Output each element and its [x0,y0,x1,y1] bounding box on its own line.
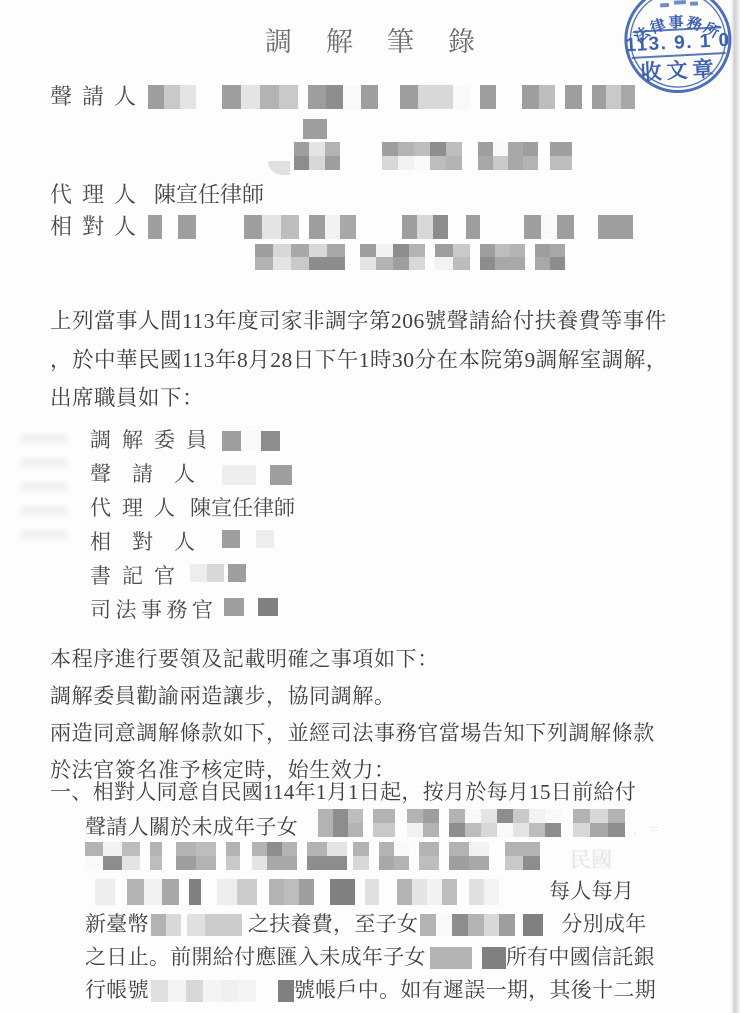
redaction-block [550,142,572,170]
redaction-block [480,85,496,109]
redaction-block [449,809,561,837]
agent-row: 代理人陳宣任律師 [50,182,635,214]
redaction-block [256,530,274,548]
procedure-line: 兩造同意調解條款如下，並經司法事務官當場告知下列調解條款 [50,715,655,752]
redaction-block [244,215,299,239]
redaction-block [85,842,140,870]
attendee-label: 司法事務官 [90,596,218,624]
redaction-block [466,215,480,239]
respondent-row-2 [50,244,635,272]
redaction-block [435,244,470,270]
clause-line-1: 一、相對人同意自民國114年1月1日起，按月於每月15日前給付 [50,776,662,809]
attendee-value: 陳宣任律師 [190,496,295,520]
procedure-line: 調解委員勸諭兩造讓步，協同調解。 [50,678,655,715]
respondent-row: 相對人 [50,214,635,244]
redaction-block [400,85,470,109]
applicant-label: 聲請人 [50,84,146,110]
redaction-block [228,564,246,582]
attendee-row-clerk: 書記官 [90,562,295,596]
redaction-block [469,879,499,905]
page-scan-edge [731,0,740,1013]
redaction-block [505,842,540,870]
redaction-block [598,215,633,239]
case-intro-line: 出席職員如下： [50,379,668,418]
clause-line-5: 新臺幣之扶養費，至子女分別成年 [50,908,662,941]
faded-text-fragment: 民國 [570,848,613,872]
redaction-block [222,465,256,485]
redaction-block [148,85,196,109]
redaction-block [482,947,506,969]
attendee-row-agent: 代理人陳宣任律師 [90,494,295,528]
redaction-block [397,879,457,905]
redaction-block [522,85,555,109]
redaction-block [308,85,378,109]
attendee-label: 代理人 [90,494,186,522]
agent-label: 代理人 [50,182,146,208]
attendee-label: 調解委員 [90,426,218,454]
redaction-block [151,914,181,936]
attendees-list: 調解委員 聲請人 代理人陳宣任律師 相對人 書記官 司法事務官 [90,426,295,630]
redaction-block [373,809,395,837]
redaction-block [178,215,196,239]
redaction-block [365,879,379,905]
document-title: 調解筆錄 [0,20,740,59]
redaction-block [224,598,244,616]
redaction-block [294,142,340,170]
redaction-block [270,465,292,485]
clause-line-6-a: 之日止。前開給付應匯入未成年子女 [50,945,426,969]
clause-1: 一、相對人同意自民國114年1月1日起，按月於每月15日前給付 聲請人關於未成年… [50,776,662,1007]
redaction-block [222,431,280,451]
redaction-block [151,980,256,1002]
redaction-block [360,244,425,270]
redaction-block [187,914,242,936]
applicant-row-2 [50,116,635,142]
case-intro-paragraph: 上列當事人間113年度司家非調字第206號聲請給付扶養費等事件 ，於中華民國11… [50,302,668,418]
redaction-block [217,879,257,905]
applicant-row-3 [50,142,635,182]
redaction-block [269,879,314,905]
clause-line-7-a: 行帳號 [50,978,149,1002]
attendee-label: 相對人 [90,528,216,556]
redaction-block [449,842,489,870]
redaction-block [524,215,574,239]
redaction-block [150,842,162,870]
redaction-fragment [268,161,290,175]
clause-line-5-a: 新臺幣 [85,912,149,936]
mediation-record-document: 法律事務所 113. 9. 1 0 收文章 調解筆錄 聲請人 代理人陳宣任律師 … [0,0,740,1013]
redaction-block [330,879,355,905]
redaction-block [255,244,345,270]
redaction-block [565,85,582,109]
redaction-block [318,809,363,837]
stamp-top-fragment [660,0,698,7]
applicant-row: 聲請人 [50,84,635,116]
clause-line-2-text: 聲請人關於未成年子女 [85,815,298,839]
redaction-block [573,809,625,837]
clause-line-4-tail: 每人每月 [549,879,634,903]
case-intro-line: 上列當事人間113年度司家非調字第206號聲請給付扶養費等事件 [50,302,668,341]
respondent-label: 相對人 [50,214,146,240]
redaction-block [148,215,162,239]
redaction-block [407,809,439,837]
stamp-receipt-label: 收文章 [640,56,719,84]
redaction-block [278,980,294,1002]
redaction-block [379,842,409,870]
redaction-block [523,914,543,936]
clause-line-5-b: 之扶養費，至子女 [248,912,418,936]
redaction-block [592,85,635,109]
attendee-label: 聲請人 [90,460,216,488]
redaction-block [382,142,462,170]
redaction-block [258,598,278,616]
attendee-row-respondent: 相對人 [90,528,295,562]
clause-line-3: 民國 [50,842,662,875]
faded-text-fragment: ．＝ [633,823,662,838]
redaction-block [252,842,297,870]
case-intro-line: ，於中華民國113年8月28日下午1時30分在本院第9調解室調解， [50,341,668,380]
procedure-paragraph: 本程序進行要領及記載明確之事項如下： 調解委員勸諭兩造讓步，協同調解。 兩造同意… [50,641,655,789]
clause-line-5-c: 分別成年 [561,912,646,936]
clause-line-6: 之日止。前開給付應匯入未成年子女所有中國信託銀 [50,941,662,974]
redaction-block [480,244,525,270]
redaction-block [189,879,201,905]
redaction-block [222,530,240,548]
redaction-block [419,842,439,870]
redaction-block [190,564,224,582]
redaction-block [535,244,565,270]
redaction-block [402,215,448,239]
clause-line-2: 聲請人關於未成年子女．＝ [50,809,662,842]
attendee-label: 書記官 [90,562,186,590]
redaction-block [353,842,369,870]
redaction-block [307,842,347,870]
clause-line-7-b: 號帳戶中。如有遲誤一期，其後十二期 [294,978,656,1002]
redaction-block [127,879,179,905]
redaction-block [222,85,298,109]
redaction-block [226,842,240,870]
redaction-block [420,914,515,936]
attendee-row-applicant: 聲請人 [90,460,295,494]
party-section: 聲請人 代理人陳宣任律師 相對人 [50,84,635,272]
redaction-block [95,879,115,905]
procedure-line: 本程序進行要領及記載明確之事項如下： [50,641,655,678]
redaction-block [176,842,216,870]
redaction-block [430,947,472,969]
attendee-row-judicial-officer: 司法事務官 [90,596,295,630]
clause-line-7: 行帳號號帳戶中。如有遲誤一期，其後十二期 [50,974,662,1007]
redaction-block [309,215,356,239]
agent-name: 陳宣任律師 [154,182,264,207]
clause-line-4: 每人每月 [50,875,662,908]
redaction-block [303,119,327,139]
clause-line-6-b: 所有中國信託銀 [506,945,655,969]
bleed-through-marks [14,420,74,630]
redaction-block [478,142,538,170]
attendee-row-mediator: 調解委員 [90,426,295,460]
